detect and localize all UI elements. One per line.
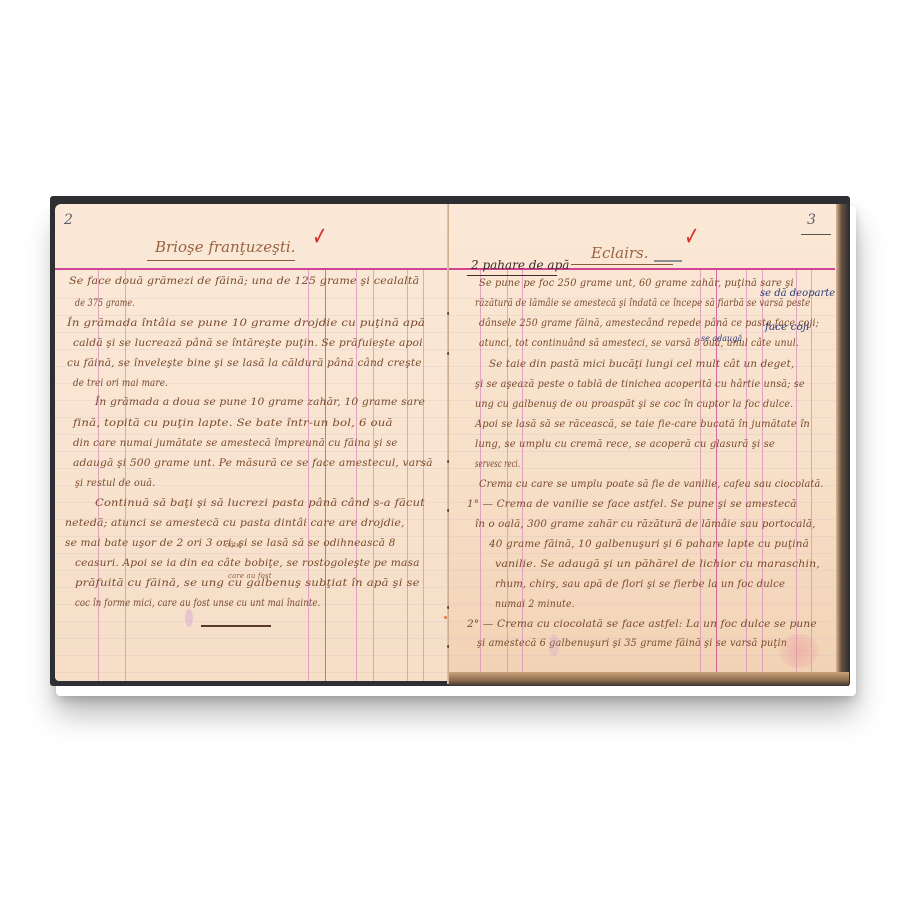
page-bottom-edge [449,672,849,686]
stain-mark [779,634,819,668]
text-line: ceasuri. Apoi se ia din ea câte bobiţe, … [75,558,420,569]
margin-line [507,270,508,677]
text-line: adaugă şi 500 grame unt. Pe măsură ce se… [73,458,433,469]
text-line: cu făină, se înveleşte bine şi se lasă l… [67,358,422,369]
page-number: 2 [64,212,73,228]
text-line: În grămada a doua se pune 10 grame zahăr… [95,397,425,408]
text-line: vanilie. Se adaugă şi un păhărel de lich… [495,559,820,570]
right-page: 3 Eclairs. ✓ 2 pahare de apă Se pune pe … [449,204,841,677]
column-line [762,270,763,677]
text-line: şi amestecă 6 galbenuşuri şi 35 grame fă… [477,638,787,649]
binding-stitch [444,616,447,619]
text-line: În grămada întâia se pune 10 grame drojd… [67,318,425,329]
column-line [423,270,424,681]
margin-line [98,270,99,681]
interlinear-note: care au fost [228,572,272,580]
page-edge [836,204,849,684]
text-line: servesc reci. [475,459,520,470]
text-line: Se face două grămezi de făină; una de 12… [69,276,419,287]
text-line: din care numai jumătate se amestecă împr… [73,438,398,449]
pencil-mark [654,260,682,262]
column-line [746,270,747,677]
blue-ink-correction: se adaugă [701,334,742,343]
margin-line [480,270,481,677]
column-line [700,270,701,677]
page-number: 3 [807,212,816,228]
text-line: Continuă să baţi şi să lucrezi pasta pân… [95,498,425,509]
text-line: Se pune pe foc 250 grame unt, 60 grame z… [479,278,794,289]
column-line [308,270,309,681]
column-line [407,270,408,681]
text-line: numai 2 minute. [495,599,575,610]
header-rule [55,268,448,270]
text-line: de trei ori mai mare. [73,378,168,389]
text-line: şi restul de ouă. [75,478,155,489]
text-line: ung cu galbenuş de ou proaspăt şi se coc… [475,399,793,410]
title-underline [571,264,673,265]
column-line [716,270,717,677]
text-line: atunci, tot continuând să amesteci, se v… [479,338,799,349]
margin-note-underline [467,275,557,276]
text-line: Se taie din pastă mici bucăţi lungi cel … [489,359,794,370]
recipe-title: Eclairs. [591,244,649,262]
end-dash [201,625,271,627]
text-line: Apoi se lasă să se răcească, se taie fie… [475,419,810,430]
ink-stain [549,634,559,656]
column-line [811,270,812,677]
margin-line [125,270,126,681]
text-line: 2° — Crema cu ciocolată se face astfel: … [467,619,817,630]
text-line: de 375 grame. [75,298,135,309]
margin-note: 2 pahare de apă [471,258,569,272]
blue-ink-correction: se dă deoparte [760,288,835,299]
text-line: rhum, chirş, sau apă de flori şi se fier… [495,579,785,590]
text-line: coc în forme mici, care au fost unse cu … [75,598,320,609]
check-mark-icon: ✓ [312,222,327,252]
blue-ink-correction: face coji [765,321,809,333]
text-line: lung, se umplu cu cremă rece, se acoperă… [475,439,775,450]
text-line: netedă; atunci se amestecă cu pasta dint… [65,518,405,529]
text-line: Crema cu care se umplu poate să fie de v… [479,479,824,490]
text-line: 40 grame făină, 10 galbenuşuri şi 6 paha… [489,539,809,550]
check-mark-icon: ✓ [684,222,699,252]
margin-line [522,270,523,677]
text-line: caldă şi se lucrează până se întăreşte p… [73,338,423,349]
text-line: răzătură de lămâie se amestecă şi îndată… [475,298,810,309]
column-line [325,270,326,681]
page-number-underline [801,234,831,235]
column-line [373,270,374,681]
text-line: fină, topită cu puţin lapte. Se bate înt… [73,418,393,429]
text-line: şi se aşează peste o tablă de tinichea a… [475,379,805,390]
title-underline [147,260,295,261]
text-line: în o oală, 300 grame zahăr cu răzătură d… [475,519,815,530]
text-line: 1° — Crema de vanilie se face astfel. Se… [467,499,797,510]
left-page: 2 Brioşe franţuzeşti. ✓ Se face două gră… [55,204,448,681]
interlinear-note: câte [225,541,241,549]
recipe-title: Brioşe franţuzeşti. [155,238,295,256]
column-line [356,270,357,681]
ink-stain [185,609,193,627]
